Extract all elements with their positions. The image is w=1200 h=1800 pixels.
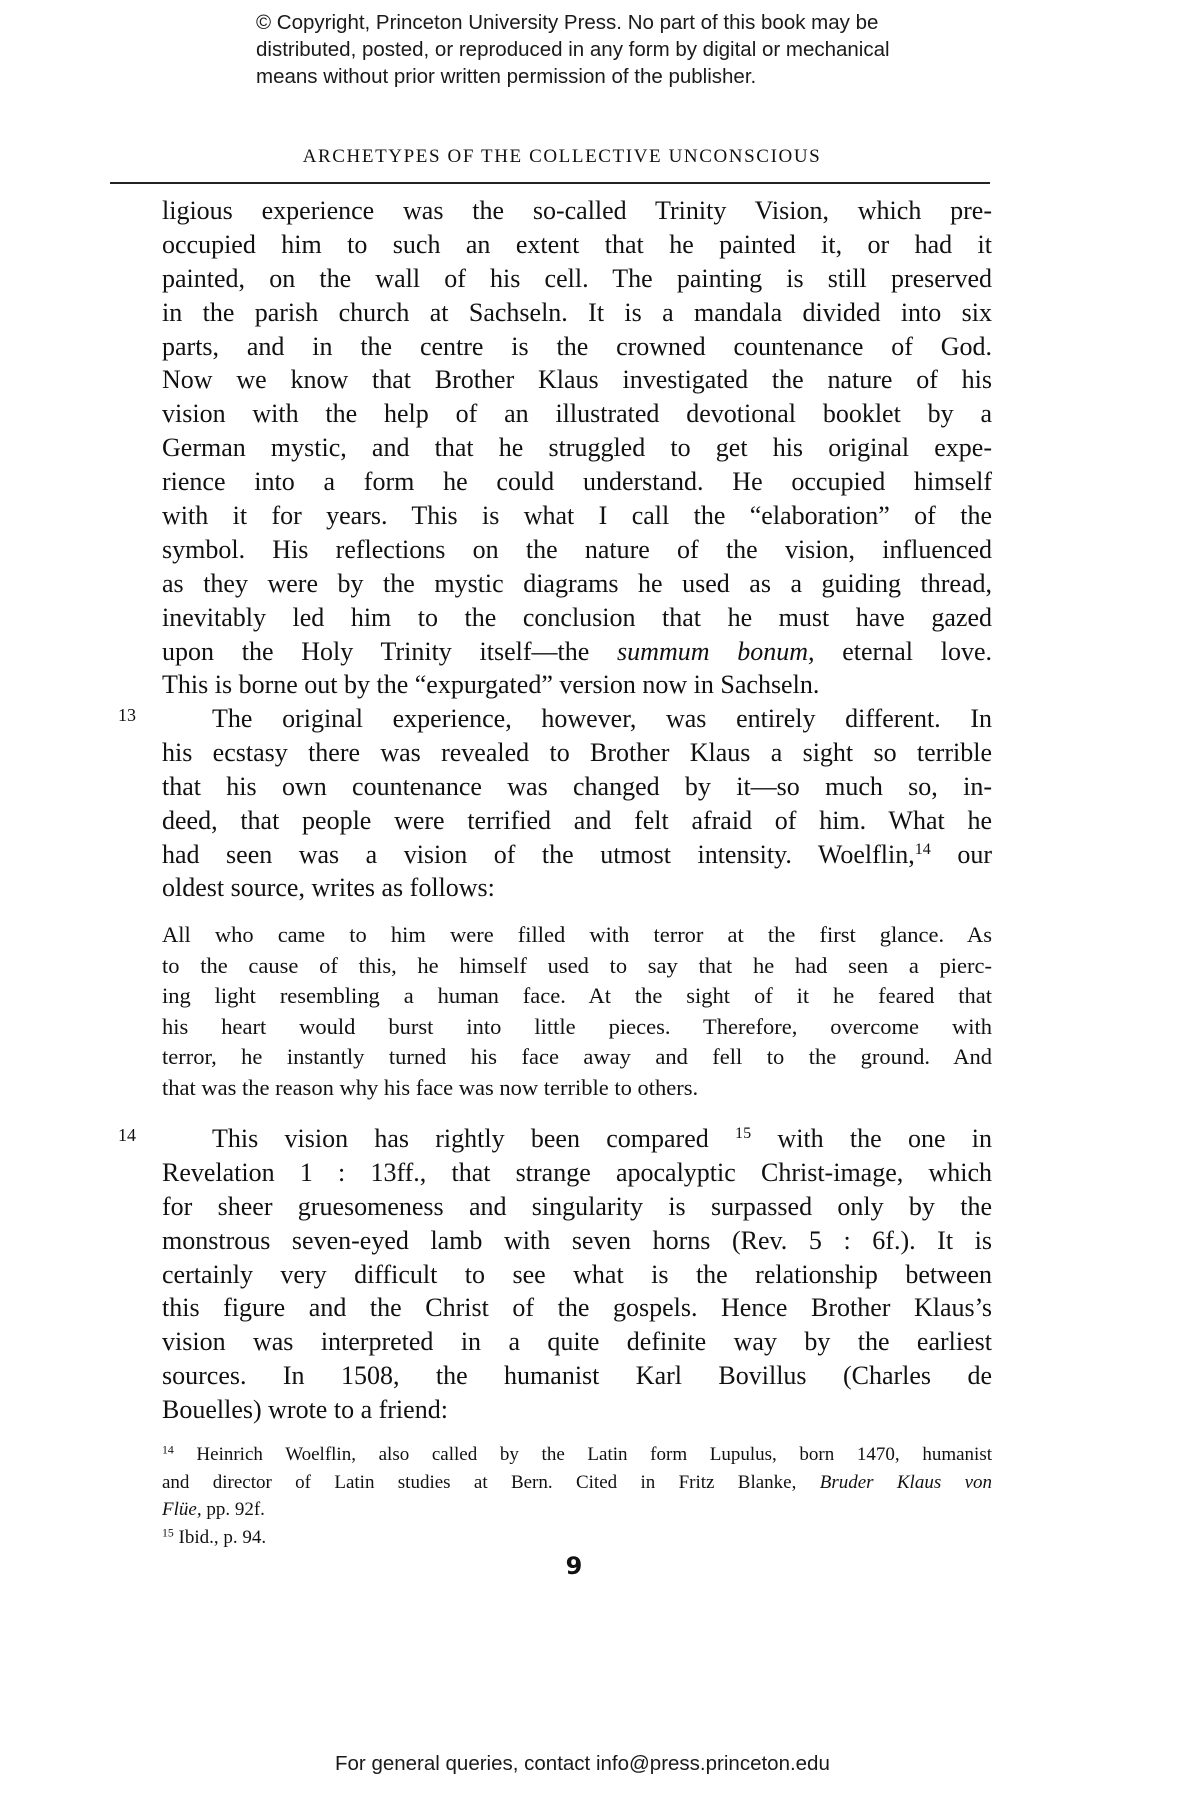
footnote-text: Heinrich Woelflin, also called by the La… [174,1444,992,1465]
footnote-14: 14 Heinrich Woelflin, also called by the… [162,1441,992,1469]
text-line: painted, on the wall of his cell. The pa… [162,262,992,296]
text-line: Bouelles) wrote to a friend: [162,1393,992,1427]
page-number: 9 [562,1552,586,1580]
text-line: symbol. His reflections on the nature of… [162,533,992,567]
footnote-14-line-3: Flüe, pp. 92f. [162,1496,992,1524]
text-line: parts, and in the centre is the crowned … [162,330,992,364]
quote-line: to the cause of this, he himself used to… [162,951,992,982]
text-line: This is borne out by the “expurgated” ve… [162,668,992,702]
text-line: for sheer gruesomeness and singularity i… [162,1190,992,1224]
footnote-text: Ibid., p. 94. [174,1527,266,1548]
text-line: deed, that people were terrified and fel… [162,804,992,838]
text-line: oldest source, writes as follows: [162,871,992,905]
text-line: certainly very difficult to see what is … [162,1258,992,1292]
book-title: Bruder Klaus von [820,1472,992,1493]
copyright-line: distributed, posted, or reproduced in an… [256,36,976,63]
text-run: had seen was a vision of the utmost inte… [162,840,915,869]
footnote-text: pp. 92f. [202,1499,265,1520]
book-title: Flüe, [162,1499,202,1520]
block-quote: All who came to him were filled with ter… [162,920,992,1104]
quote-line: that was the reason why his face was now… [162,1073,992,1104]
paragraph-number: 13 [118,705,136,726]
copyright-line: © Copyright, Princeton University Press.… [256,9,976,36]
paragraph-13: The original experience, however, was en… [162,702,992,905]
text-run: This vision has rightly been compared [212,1124,735,1153]
text-line: inevitably led him to the conclusion tha… [162,601,992,635]
contact-footer: For general queries, contact info@press.… [335,1752,830,1776]
text-line: ligious experience was the so-called Tri… [162,194,992,228]
text-line: German mystic, and that he struggled to … [162,431,992,465]
text-line: this figure and the Christ of the gospel… [162,1291,992,1325]
text-line: upon the Holy Trinity itself—the summum … [162,635,992,669]
text-line: as they were by the mystic diagrams he u… [162,567,992,601]
text-line: that his own countenance was changed by … [162,770,992,804]
text-line: vision was interpreted in a quite defini… [162,1325,992,1359]
paragraph-number: 14 [118,1125,136,1146]
quote-line: his heart would burst into little pieces… [162,1012,992,1043]
text-line: rience into a form he could understand. … [162,465,992,499]
header-rule [110,182,990,184]
footnote-ref: 14 [915,841,931,858]
text-line: with it for years. This is what I call t… [162,499,992,533]
text-line: occupied him to such an extent that he p… [162,228,992,262]
footnote-marker: 15 [162,1526,174,1539]
text-line: his ecstasy there was revealed to Brothe… [162,736,992,770]
footnote-14-line-2: and director of Latin studies at Bern. C… [162,1469,992,1497]
text-line: The original experience, however, was en… [162,702,992,736]
text-line: This vision has rightly been compared 15… [162,1122,992,1156]
text-line: in the parish church at Sachseln. It is … [162,296,992,330]
footnote-15: 15 Ibid., p. 94. [162,1524,992,1552]
footnote-ref: 15 [735,1125,751,1142]
copyright-notice: © Copyright, Princeton University Press.… [256,9,976,90]
text-run: with the one in [751,1124,992,1153]
continuation-paragraph: ligious experience was the so-called Tri… [162,194,992,702]
text-line: sources. In 1508, the humanist Karl Bovi… [162,1359,992,1393]
footnotes: 14 Heinrich Woelflin, also called by the… [162,1441,992,1551]
text-line: Revelation 1 : 13ff., that strange apoca… [162,1156,992,1190]
text-run: eternal love. [815,637,992,666]
quote-line: All who came to him were filled with ter… [162,920,992,951]
quote-line: terror, he instantly turned his face awa… [162,1042,992,1073]
text-line: monstrous seven-eyed lamb with seven hor… [162,1224,992,1258]
running-head: ARCHETYPES OF THE COLLECTIVE UNCONSCIOUS [110,146,990,168]
copyright-line: means without prior written permission o… [256,63,976,90]
text-line: had seen was a vision of the utmost inte… [162,838,992,872]
footnote-marker: 14 [162,1444,174,1457]
text-line: Now we know that Brother Klaus investiga… [162,363,992,397]
italic-phrase: summum bonum, [617,637,814,666]
quote-line: ing light resembling a human face. At th… [162,981,992,1012]
text-run: our [931,840,992,869]
text-line: vision with the help of an illustrated d… [162,397,992,431]
footnote-text: and director of Latin studies at Bern. C… [162,1472,820,1493]
text-run: upon the Holy Trinity itself—the [162,637,617,666]
paragraph-14: This vision has rightly been compared 15… [162,1122,992,1427]
